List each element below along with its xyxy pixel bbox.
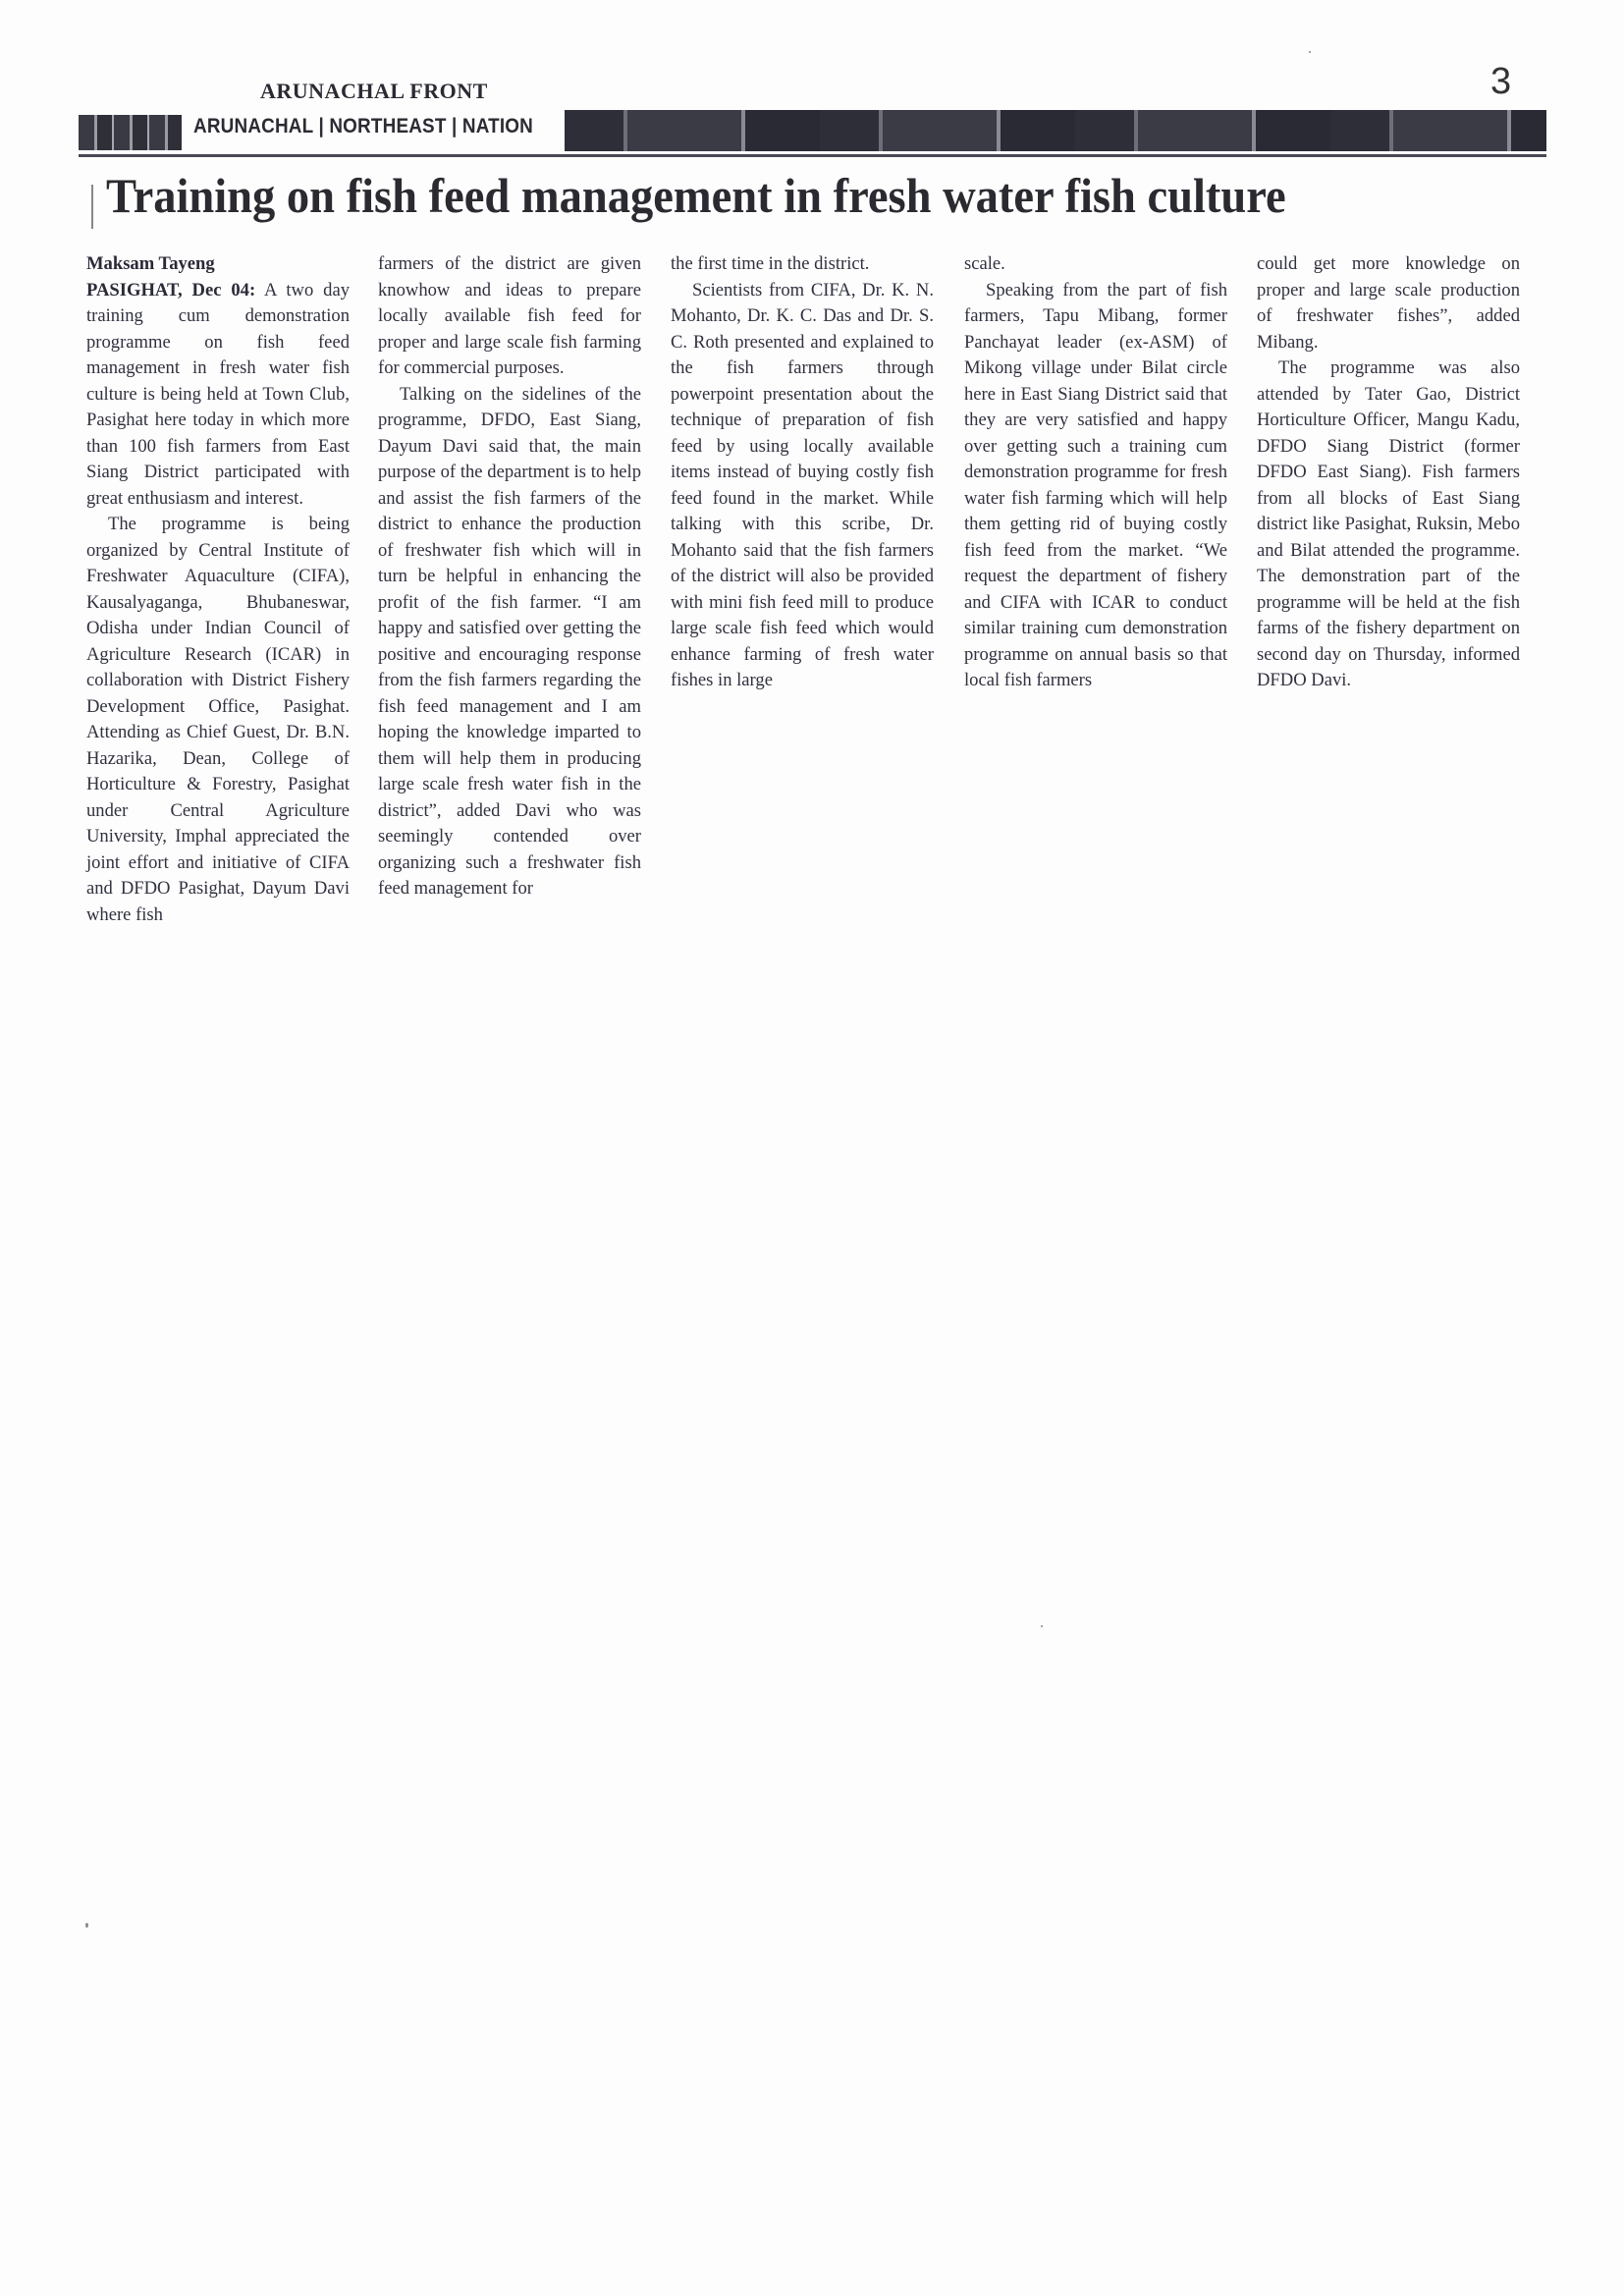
section-label: ARUNACHAL | NORTHEAST | NATION — [193, 115, 533, 138]
paragraph: Talking on the sidelines of the programm… — [378, 382, 641, 902]
paragraph: farmers of the district are given knowho… — [378, 251, 641, 382]
section-bar-decoration-left — [79, 115, 182, 150]
headline-marker — [91, 185, 93, 229]
scan-speck — [85, 1923, 88, 1928]
article-column-1: Maksam Tayeng PASIGHAT, Dec 04: A two da… — [86, 251, 350, 928]
paragraph: Speaking from the part of fish farmers, … — [964, 278, 1227, 694]
scan-speck — [1309, 51, 1311, 53]
article-headline: Training on fish feed management in fres… — [106, 167, 1286, 224]
article-column-5: could get more knowledge on proper and l… — [1257, 251, 1520, 694]
byline: Maksam Tayeng — [86, 251, 350, 278]
page-number: 3 — [1490, 61, 1511, 103]
header-rule — [79, 154, 1546, 157]
paragraph: the first time in the district. — [671, 251, 934, 278]
scan-speck — [1041, 1625, 1043, 1627]
section-bar-decoration-right — [565, 110, 1546, 151]
paragraph: The programme is being organized by Cent… — [86, 512, 350, 928]
newspaper-name: ARUNACHAL FRONT — [260, 79, 488, 104]
article-column-2: farmers of the district are given knowho… — [378, 251, 641, 902]
paragraph: The programme was also attended by Tater… — [1257, 355, 1520, 694]
paragraph: PASIGHAT, Dec 04: A two day training cum… — [86, 278, 350, 513]
paragraph: could get more knowledge on proper and l… — [1257, 251, 1520, 355]
article-column-3: the first time in the district. Scientis… — [671, 251, 934, 694]
paragraph-text: A two day training cum demonstration pro… — [86, 280, 350, 509]
article-column-4: scale. Speaking from the part of fish fa… — [964, 251, 1227, 694]
paragraph: Scientists from CIFA, Dr. K. N. Mohanto,… — [671, 278, 934, 694]
dateline: PASIGHAT, Dec 04: — [86, 280, 255, 301]
paragraph: scale. — [964, 251, 1227, 278]
